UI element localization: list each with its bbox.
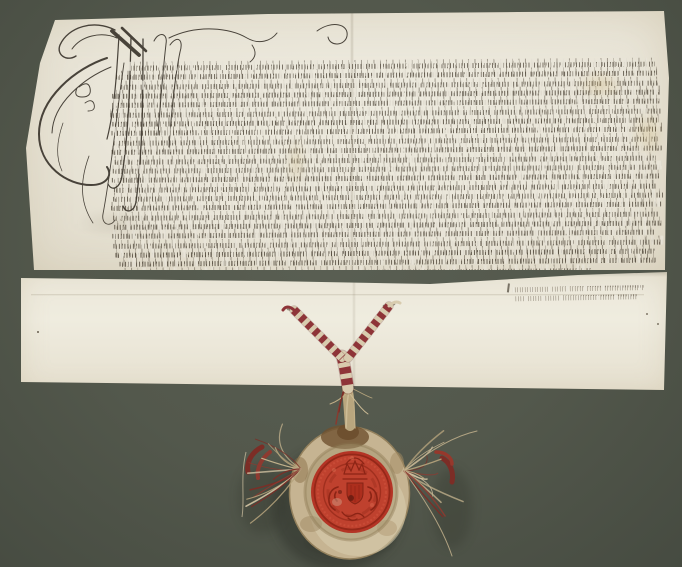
seal-legend-band (318, 458, 386, 526)
tassel-fiber (404, 471, 433, 496)
seal-tassel-left (246, 424, 301, 523)
seal-supporters (329, 487, 377, 510)
tassel-fiber (404, 459, 441, 471)
seal-foliage (342, 512, 364, 520)
seal-shield (347, 483, 363, 504)
charter-parchment (18, 8, 672, 284)
wax-bowl (290, 425, 410, 559)
tassel-fiber (404, 431, 477, 471)
seal-crown (343, 458, 367, 479)
tassel-fiber (247, 469, 301, 499)
fold-crease (350, 8, 354, 284)
bowl-dark-patch (321, 425, 369, 449)
note-tail-mark (646, 313, 648, 315)
tassel-fiber (404, 471, 463, 502)
chancery-note-line (516, 294, 638, 301)
tassel-fiber (404, 471, 427, 479)
seal-wear-light-spot (332, 498, 342, 506)
tassel-fiber (404, 442, 444, 471)
tassel-fiber (268, 444, 301, 469)
note-initial-mark (507, 283, 510, 292)
ink-speck (37, 331, 39, 333)
tassel-fiber (255, 439, 301, 469)
tassel-fiber (404, 471, 452, 556)
tassel-fiber (279, 424, 301, 469)
photograph-of-charter (0, 0, 682, 567)
charter-text-block (18, 3, 674, 284)
parchment-stain (78, 208, 148, 238)
tassel-fiber (251, 469, 302, 523)
parchment-stain (630, 110, 666, 158)
tassel-fiber (404, 471, 445, 516)
tassel-fiber (249, 463, 301, 470)
seal-shadow (272, 446, 404, 567)
plica-speck (657, 323, 659, 325)
tassel-fiber (246, 469, 301, 506)
tassel-fiber (404, 471, 424, 478)
tassel-fiber (404, 471, 438, 475)
stray-fiber (242, 452, 246, 517)
tassel-fiber (404, 431, 444, 471)
tassel-fiber (404, 447, 432, 471)
seal-wear-dark-spot (348, 495, 354, 501)
tassel-shadow-right (432, 468, 472, 548)
cord-hole-in-bowl (337, 424, 359, 440)
tassel-fiber (250, 469, 301, 490)
plica-fold (18, 268, 670, 396)
cord-fray-fibers (330, 388, 372, 428)
bowl-depression (305, 444, 397, 540)
tassel-shadow-left (238, 462, 286, 534)
tassel-fiber (253, 469, 301, 497)
red-wax-seal (311, 451, 393, 533)
parchment-stain (575, 70, 625, 100)
parchment-stain (284, 136, 308, 190)
cord-fray-base (347, 386, 350, 426)
seal-contact-shadow (308, 528, 392, 552)
tassel-red-clump (442, 458, 453, 482)
seal-tassel-right (404, 431, 477, 556)
seal-shield-pales (351, 485, 359, 502)
tassel-fiber (404, 471, 441, 502)
tassel-fiber (275, 448, 301, 469)
tassel-fiber (252, 469, 302, 507)
plica-crease-vertical (352, 268, 356, 396)
tassel-red-clump (248, 447, 262, 472)
tassel-fiber (404, 471, 443, 517)
chancery-note-line (512, 285, 643, 292)
tassel-fiber (404, 456, 427, 471)
seal-tracery (328, 468, 376, 516)
tassel-fiber (248, 469, 301, 473)
tassel-fiber (274, 469, 302, 479)
tassel-fiber (262, 458, 301, 469)
